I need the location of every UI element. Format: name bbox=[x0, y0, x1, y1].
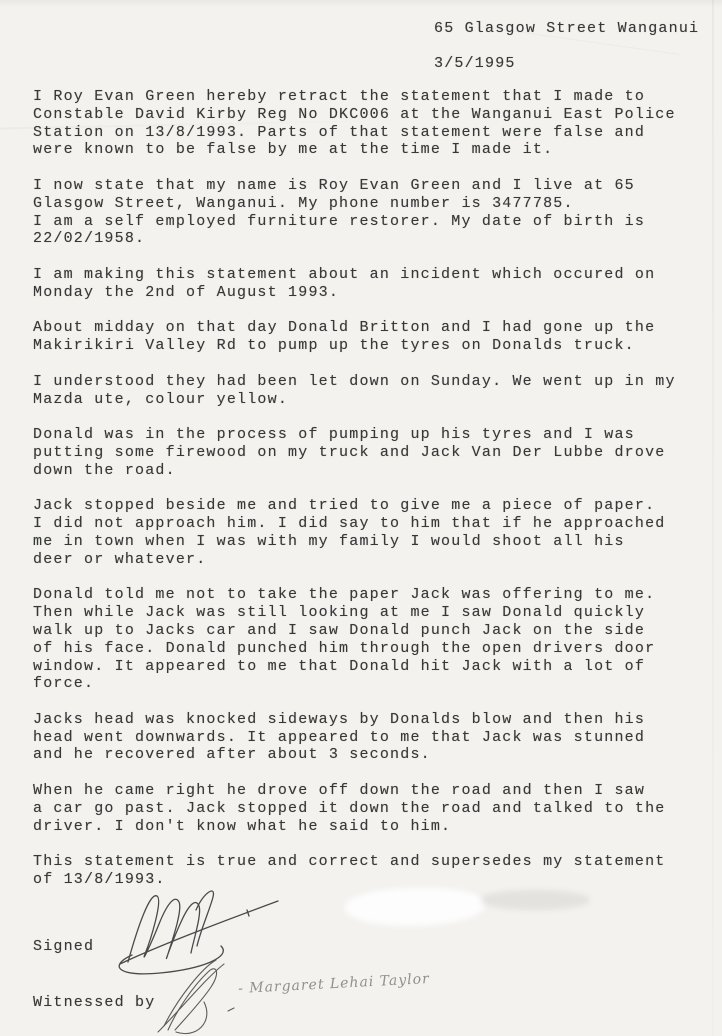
paragraph-trip: About midday on that day Donald Britton … bbox=[33, 319, 698, 355]
signature-witness bbox=[146, 952, 241, 1036]
paragraph-punch: Donald told me not to take the paper Jac… bbox=[33, 586, 698, 693]
paragraph-stunned: Jacks head was knocked sideways by Donal… bbox=[33, 711, 698, 764]
statement-page: 65 Glasgow Street Wanganui 3/5/1995 I Ro… bbox=[0, 0, 722, 1036]
paragraph-tyres: I understood they had been let down on S… bbox=[33, 373, 698, 409]
statement-body: I Roy Evan Green hereby retract the stat… bbox=[33, 88, 698, 907]
paragraph-identity: I now state that my name is Roy Evan Gre… bbox=[33, 177, 698, 248]
paragraph-retraction: I Roy Evan Green hereby retract the stat… bbox=[33, 88, 698, 159]
paragraph-drove-off: When he came right he drove off down the… bbox=[33, 782, 698, 835]
letter-header: 65 Glasgow Street Wanganui 3/5/1995 bbox=[434, 2, 699, 91]
signed-label: Signed bbox=[33, 938, 94, 956]
witnessed-by-label: Witnessed by bbox=[33, 994, 155, 1012]
paragraph-incident-date: I am making this statement about an inci… bbox=[33, 266, 698, 302]
sender-address: 65 Glasgow Street Wanganui bbox=[434, 20, 699, 38]
letter-date: 3/5/1995 bbox=[434, 55, 699, 73]
paper-crease bbox=[712, 0, 714, 1036]
paragraph-firewood: Donald was in the process of pumping up … bbox=[33, 426, 698, 479]
paragraph-paper-offer: Jack stopped beside me and tried to give… bbox=[33, 497, 698, 568]
